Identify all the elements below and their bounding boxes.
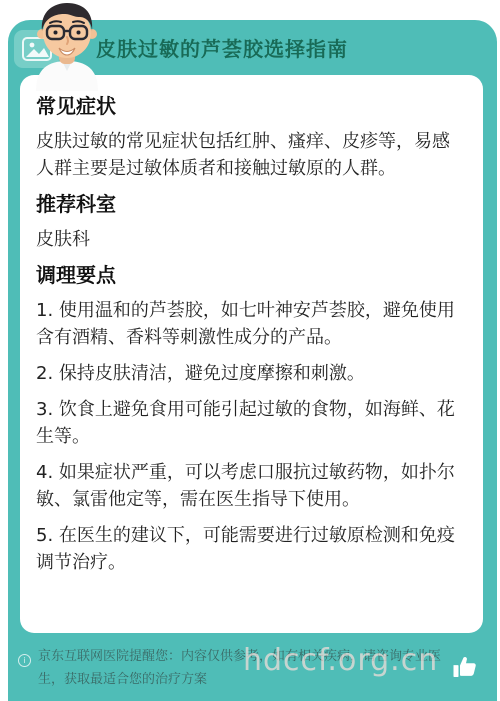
card-footer: i 京东互联网医院提醒您：内容仅供参考，如有相关疾病，请咨询专业医生，获取最适合… xyxy=(8,638,497,701)
teal-card: 皮肤过敏的芦荟胶选择指南 常见症状 皮肤过敏的常见症状包括红肿、瘙痒、皮疹等，易… xyxy=(8,20,497,701)
care-point-item: 4. 如果症状严重，可以考虑口服抗过敏药物，如扑尔敏、氯雷他定等，需在医生指导下… xyxy=(36,459,467,513)
disclaimer-text: 京东互联网医院提醒您：内容仅供参考，如有相关疾病，请咨询专业医生，获取最适合您的… xyxy=(38,646,446,692)
thumbs-up-icon[interactable] xyxy=(451,652,481,686)
doctor-avatar xyxy=(26,1,108,91)
symptoms-paragraph: 皮肤过敏的常见症状包括红肿、瘙痒、皮疹等，易感人群主要是过敏体质者和接触过敏原的… xyxy=(36,128,467,182)
content-card: 常见症状 皮肤过敏的常见症状包括红肿、瘙痒、皮疹等，易感人群主要是过敏体质者和接… xyxy=(20,75,483,633)
care-point-item: 3. 饮食上避免食用可能引起过敏的食物，如海鲜、花生等。 xyxy=(36,396,467,450)
info-circle-icon: i xyxy=(18,654,31,667)
care-point-item: 1. 使用温和的芦荟胶，如七叶神安芦荟胶，避免使用含有酒精、香料等刺激性成分的产… xyxy=(36,297,467,351)
section-heading-department: 推荐科室 xyxy=(36,191,467,217)
section-heading-symptoms: 常见症状 xyxy=(36,93,467,119)
department-paragraph: 皮肤科 xyxy=(36,226,467,253)
section-heading-care-points: 调理要点 xyxy=(36,262,467,288)
care-point-item: 5. 在医生的建议下，可能需要进行过敏原检测和免疫调节治疗。 xyxy=(36,522,467,576)
care-point-item: 2. 保持皮肤清洁，避免过度摩擦和刺激。 xyxy=(36,360,467,387)
health-info-card-page: 皮肤过敏的芦荟胶选择指南 常见症状 皮肤过敏的常见症状包括红肿、瘙痒、皮疹等，易… xyxy=(0,0,500,701)
page-title: 皮肤过敏的芦荟胶选择指南 xyxy=(96,33,348,62)
